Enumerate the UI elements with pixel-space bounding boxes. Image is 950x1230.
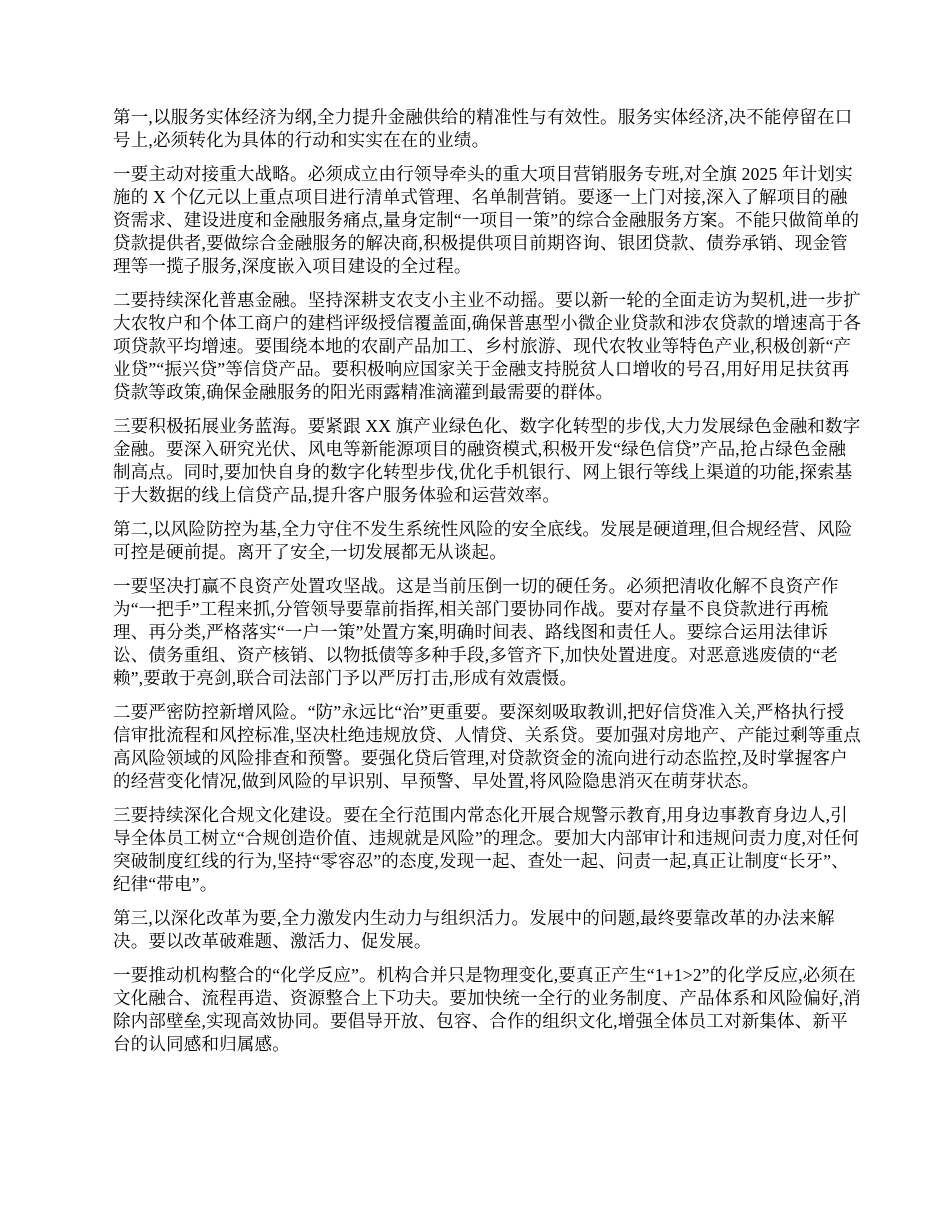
paragraph-point2-heading: 第二,以风险防控为基,全力守住不发生系统性风险的安全底线。发展是硬道理,但合规经… xyxy=(113,518,861,564)
document-page: 第一,以服务实体经济为纲,全力提升金融供给的精准性与有效性。服务实体经济,决不能… xyxy=(0,0,950,1230)
paragraph-point2-item2: 二要严密防控新增风险。“防”永远比“治”更重要。要深刻吸取教训,把好信贷准入关,… xyxy=(113,701,861,793)
paragraph-point3-item1: 一要推动机构整合的“化学反应”。机构合并只是物理变化,要真正产生“1+1>2”的… xyxy=(113,964,861,1056)
paragraph-point1-item3: 三要积极拓展业务蓝海。要紧跟 XX 旗产业绿色化、数字化转型的步伐,大力发展绿色… xyxy=(113,415,861,507)
paragraph-point1-item2: 二要持续深化普惠金融。坚持深耕支农支小主业不动摇。要以新一轮的全面走访为契机,进… xyxy=(113,289,861,404)
paragraph-point2-item1: 一要坚决打赢不良资产处置攻坚战。这是当前压倒一切的硬任务。必须把清收化解不良资产… xyxy=(113,575,861,690)
document-body: 第一,以服务实体经济为纲,全力提升金融供给的精准性与有效性。服务实体经济,决不能… xyxy=(113,106,861,1067)
paragraph-point3-heading: 第三,以深化改革为要,全力激发内生动力与组织活力。发展中的问题,最终要靠改革的办… xyxy=(113,907,861,953)
paragraph-point1-item1: 一要主动对接重大战略。必须成立由行领导牵头的重大项目营销服务专班,对全旗 202… xyxy=(113,163,861,278)
paragraph-point1-heading: 第一,以服务实体经济为纲,全力提升金融供给的精准性与有效性。服务实体经济,决不能… xyxy=(113,106,861,152)
paragraph-point2-item3: 三要持续深化合规文化建设。要在全行范围内常态化开展合规警示教育,用身边事教育身边… xyxy=(113,804,861,896)
